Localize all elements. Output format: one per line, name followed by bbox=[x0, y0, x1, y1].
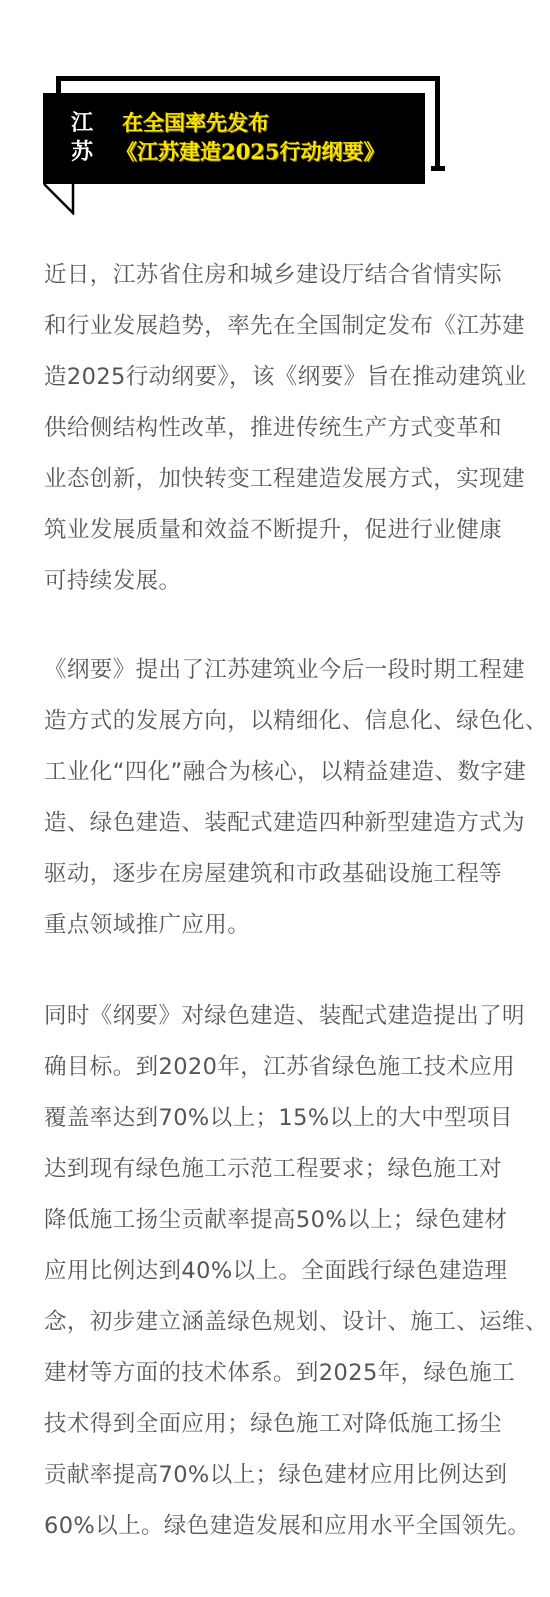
text-line: 业态创新，加快转变工程建造发展方式，实现建 bbox=[44, 454, 514, 505]
text-line: 建材等方面的技术体系。到2025年，绿色施工 bbox=[44, 1348, 514, 1399]
text-line: 驱动，逐步在房屋建筑和市政基础设施工程等 bbox=[44, 849, 514, 900]
region-label: 江 苏 bbox=[71, 109, 101, 167]
text-line: 技术得到全面应用；绿色施工对降低施工扬尘 bbox=[44, 1399, 514, 1450]
region-label-char: 江 bbox=[71, 109, 101, 138]
text-line: 达到现有绿色施工示范工程要求；绿色施工对 bbox=[44, 1144, 514, 1195]
header-badge: 江 苏 在全国率先发布 《江苏建造2025行动纲要》 bbox=[0, 0, 550, 220]
text-line: 确目标。到2020年，江苏省绿色施工技术应用 bbox=[44, 1042, 514, 1093]
text-line: 贡献率提高70%以上；绿色建材应用比例达到 bbox=[44, 1450, 514, 1501]
text-line: 造2025行动纲要》，该《纲要》旨在推动建筑业 bbox=[44, 352, 514, 403]
decorative-bracket-hook bbox=[431, 166, 445, 171]
text-line: 60%以上。绿色建造发展和应用水平全国领先。 bbox=[44, 1501, 514, 1552]
text-line: 近日，江苏省住房和城乡建设厅结合省情实际 bbox=[44, 250, 514, 301]
paragraph-2: 《纲要》提出了江苏建筑业今后一段时期工程建 造方式的发展方向，以精细化、信息化、… bbox=[44, 645, 514, 951]
text-line: 筑业发展质量和效益不断提升，促进行业健康 bbox=[44, 505, 514, 556]
text-line: 覆盖率达到70%以上；15%以上的大中型项目 bbox=[44, 1093, 514, 1144]
text-line: 应用比例达到40%以上。全面践行绿色建造理 bbox=[44, 1246, 514, 1297]
paragraph-3: 同时《纲要》对绿色建造、装配式建造提出了明 确目标。到2020年，江苏省绿色施工… bbox=[44, 991, 514, 1552]
text-line: 和行业发展趋势，率先在全国制定发布《江苏建 bbox=[44, 301, 514, 352]
text-line: 可持续发展。 bbox=[44, 556, 514, 607]
text-line: 工业化“四化”融合为核心，以精益建造、数字建 bbox=[44, 747, 514, 798]
headline-line: 《江苏建造2025行动纲要》 bbox=[116, 137, 384, 166]
text-line: 《纲要》提出了江苏建筑业今后一段时期工程建 bbox=[44, 645, 514, 696]
region-label-char: 苏 bbox=[71, 138, 101, 167]
paragraph-1: 近日，江苏省住房和城乡建设厅结合省情实际 和行业发展趋势，率先在全国制定发布《江… bbox=[44, 250, 514, 607]
speech-tail-icon bbox=[43, 184, 75, 215]
text-line: 供给侧结构性改革，推进传统生产方式变革和 bbox=[44, 403, 514, 454]
text-line: 重点领域推广应用。 bbox=[44, 900, 514, 951]
text-line: 同时《纲要》对绿色建造、装配式建造提出了明 bbox=[44, 991, 514, 1042]
text-line: 降低施工扬尘贡献率提高50%以上；绿色建材 bbox=[44, 1195, 514, 1246]
text-line: 念，初步建立涵盖绿色规划、设计、施工、运维、 bbox=[44, 1297, 514, 1348]
headline-line: 在全国率先发布 bbox=[122, 108, 384, 137]
text-line: 造、绿色建造、装配式建造四种新型建造方式为 bbox=[44, 798, 514, 849]
text-line: 造方式的发展方向，以精细化、信息化、绿色化、 bbox=[44, 696, 514, 747]
headline: 在全国率先发布 《江苏建造2025行动纲要》 bbox=[122, 108, 384, 166]
